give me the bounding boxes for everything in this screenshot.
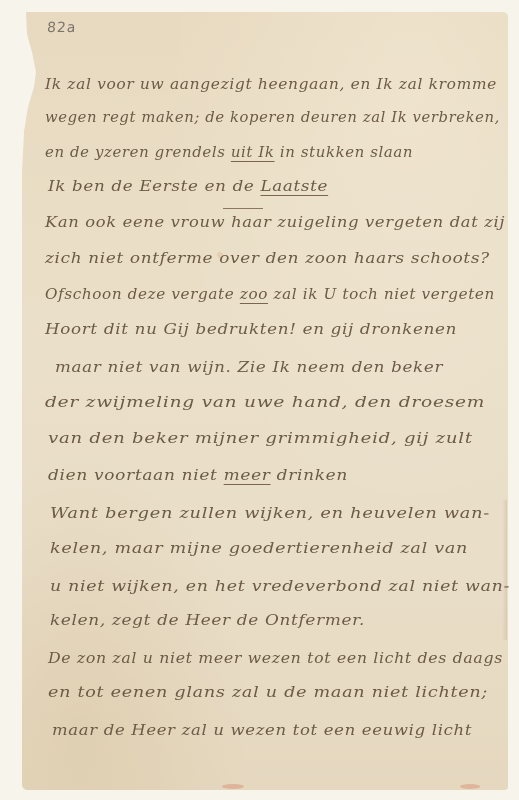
document-viewer: 82a Ik zal voor uw aangezigt heengaan, e… [0, 0, 519, 800]
manuscript-line: Want bergen zullen wijken, en heuvelen w… [50, 506, 490, 522]
underlined-text: zoo [240, 287, 268, 303]
manuscript-line: u niet wijken, en het vredeverbond zal n… [50, 579, 510, 595]
line-text: van den beker mijner grimmigheid, gij zu… [48, 431, 473, 447]
paper-stain [222, 784, 244, 789]
manuscript-line: wegen regt maken; de koperen deuren zal … [45, 110, 500, 126]
manuscript-line: maar de Heer zal u wezen tot een eeuwig … [52, 723, 472, 739]
underlined-text: meer [224, 468, 271, 484]
folio-number: 82a [46, 20, 77, 36]
manuscript-line: der zwijmeling van uwe hand, den droesem [45, 395, 485, 411]
manuscript-line: maar niet van wijn. Zie Ik neem den beke… [55, 360, 443, 376]
line-text: maar niet van wijn. Zie Ik neem den beke… [55, 360, 443, 376]
line-text: en de yzeren grendels [45, 145, 231, 161]
manuscript-line: kelen, maar mijne goedertierenheid zal v… [50, 541, 468, 557]
manuscript-line: Ik ben de Eerste en de Laatste [48, 179, 328, 195]
manuscript-line: van den beker mijner grimmigheid, gij zu… [48, 431, 473, 447]
line-text: Kan ook eene vrouw haar zuigeling verget… [45, 215, 505, 231]
manuscript-line: Kan ook eene vrouw haar zuigeling verget… [45, 215, 505, 231]
manuscript-line: kelen, zegt de Heer de Ontfermer. [50, 613, 365, 629]
line-text: maar de Heer zal u wezen tot een eeuwig … [52, 723, 472, 739]
paper-stain [460, 784, 480, 789]
line-text: in stukken slaan [275, 145, 414, 161]
line-text: zich niet ontferme over den zoon haars s… [45, 251, 490, 267]
line-text: kelen, zegt de Heer de Ontfermer. [50, 613, 365, 629]
manuscript-line: en tot eenen glans zal u de maan niet li… [48, 685, 488, 701]
line-text: der zwijmeling van uwe hand, den droesem [45, 395, 485, 411]
manuscript-line: De zon zal u niet meer wezen tot een lic… [48, 651, 503, 667]
manuscript-line: Hoort dit nu Gij bedrukten! en gij dronk… [45, 322, 457, 338]
line-text: en tot eenen glans zal u de maan niet li… [48, 685, 488, 701]
line-text: Want bergen zullen wijken, en heuvelen w… [50, 506, 490, 522]
line-text: Ofschoon deze vergate [45, 287, 240, 303]
line-text: wegen regt maken; de koperen deuren zal … [45, 110, 500, 126]
line-text: De zon zal u niet meer wezen tot een lic… [48, 651, 503, 667]
line-text: Hoort dit nu Gij bedrukten! en gij dronk… [45, 322, 457, 338]
page-edge [502, 500, 507, 640]
manuscript-line: en de yzeren grendels uit Ik in stukken … [45, 145, 413, 161]
underlined-text: Laatste [260, 179, 328, 195]
line-text: Ik ben de Eerste en de [48, 179, 260, 195]
line-text: u niet wijken, en het vredeverbond zal n… [50, 579, 510, 595]
line-text: kelen, maar mijne goedertierenheid zal v… [50, 541, 468, 557]
manuscript-line: Ofschoon deze vergate zoo zal ik U toch … [45, 287, 495, 303]
manuscript-line: dien voortaan niet meer drinken [48, 468, 348, 484]
separator-line [223, 208, 263, 209]
manuscript-line: Ik zal voor uw aangezigt heengaan, en Ik… [45, 77, 497, 93]
line-text: zal ik U toch niet vergeten [268, 287, 495, 303]
line-text: drinken [271, 468, 348, 484]
line-text: Ik zal voor uw aangezigt heengaan, en Ik… [45, 77, 497, 93]
line-text: dien voortaan niet [48, 468, 224, 484]
manuscript-line: zich niet ontferme over den zoon haars s… [45, 251, 490, 267]
underlined-text: uit Ik [231, 145, 275, 161]
